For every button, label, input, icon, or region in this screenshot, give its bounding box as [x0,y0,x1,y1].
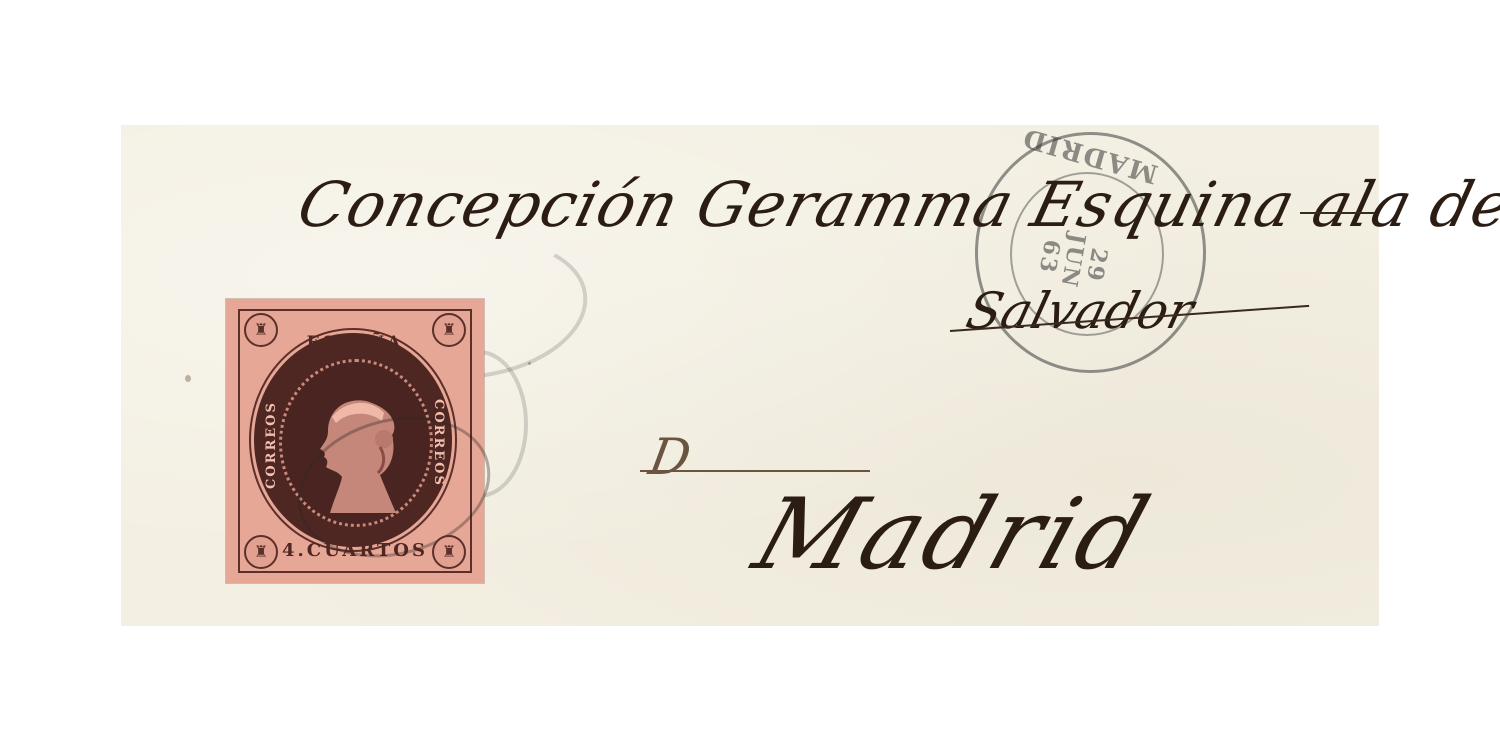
flourish-line [640,470,870,472]
stamp-denomination: 4.CUARTOS [226,540,484,561]
photo-stage: MADRID 29 JUN 63 ♜ ♜ ♜ ♜ ESPAÑA CORREOS … [0,0,1500,750]
address-line-1: Concepción Geramma Esquina ala del [291,168,1500,241]
paper-speck [185,375,191,382]
address-city: Madrid [741,478,1164,592]
stamp-country: ESPAÑA [226,333,484,353]
postage-stamp: ♜ ♜ ♜ ♜ ESPAÑA CORREOS CORREOS 4.CUARTOS [226,299,484,583]
address-line-2: Salvador [961,282,1200,340]
flourish-line [1300,212,1375,214]
stamp-side-left: CORREOS [264,401,279,489]
stamp-side-right: CORREOS [431,399,446,487]
